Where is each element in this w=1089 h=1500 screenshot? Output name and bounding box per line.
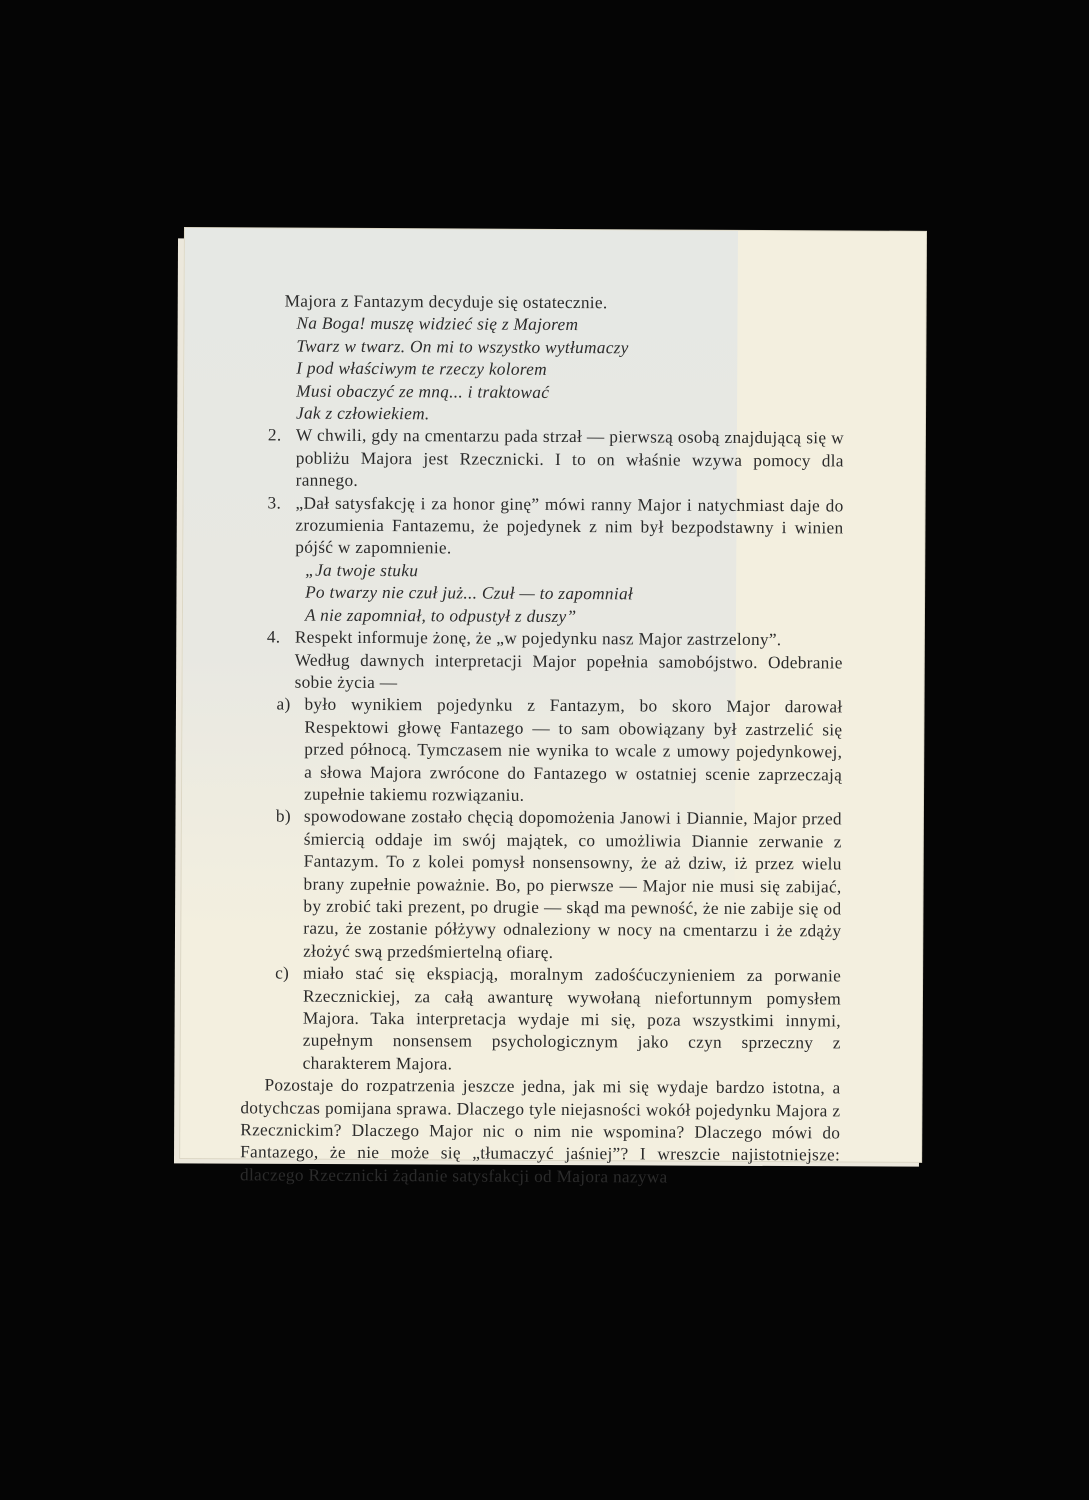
final-paragraph: Pozostaje do rozpatrzenia jeszcze jedna,… <box>240 1075 841 1190</box>
numbered-item-3: 3.„Dał satysfakcję i za honor ginę” mówi… <box>283 492 843 562</box>
verse-line: Musi obaczyć ze mną... i traktować <box>296 380 844 405</box>
verse-line: Po twarzy nie czuł już... Czuł — to zapo… <box>305 582 843 607</box>
subitem-b: b)spowodowane zostało chęcią dopomożenia… <box>281 806 842 966</box>
numbered-item-4: 4.Respekt informuje żonę, że „w pojedynk… <box>283 627 843 652</box>
scanned-page: Majora z Fantazym decyduje się ostateczn… <box>180 228 926 1162</box>
verse-line: Twarz w twarz. On mi to wszystko wytłuma… <box>296 335 844 360</box>
page-text: Majora z Fantazym decyduje się ostateczn… <box>280 291 845 1190</box>
opening-line: Majora z Fantazym decyduje się ostateczn… <box>285 291 845 316</box>
subitem-a: a)było wynikiem pojedynku z Fantazym, bo… <box>282 694 843 809</box>
verse-line: Na Boga! muszę widzieć się z Majorem <box>296 313 844 338</box>
verse-line: Jak z człowiekiem. <box>296 403 844 428</box>
numbered-item-2: 2.W chwili, gdy na cmentarzu pada strzał… <box>284 425 844 495</box>
interpretation-intro: Według dawnych interpretacji Major popeł… <box>283 649 843 697</box>
subitem-c: c)miało stać się ekspiacją, moralnym zad… <box>281 963 842 1078</box>
verse-line: I pod właściwym te rzeczy kolorem <box>296 358 844 383</box>
verse-line: A nie zapomniał, to odpustył z duszy” <box>305 604 843 629</box>
verse-line: „Ja twoje stuku <box>305 560 843 585</box>
